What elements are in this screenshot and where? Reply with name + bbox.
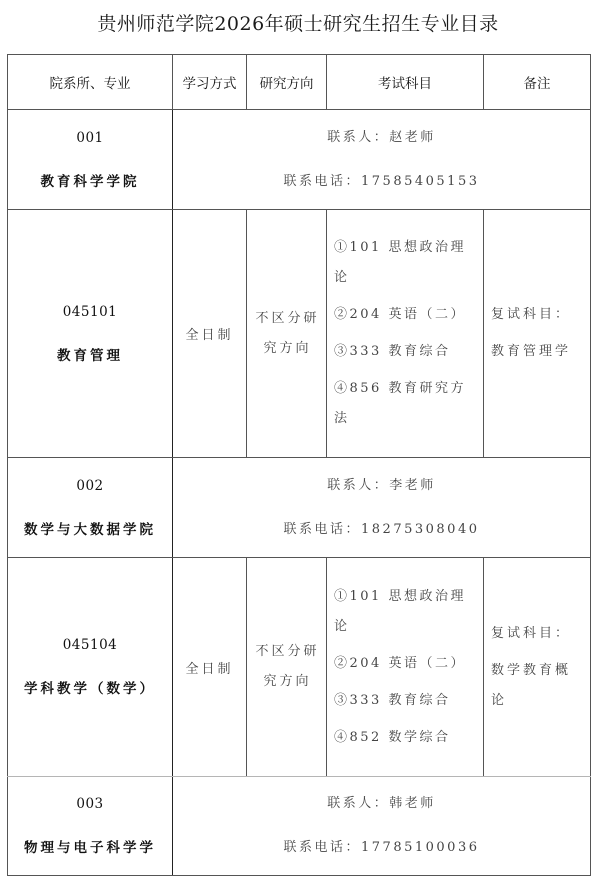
note-cell: 复试科目： 教育管理学 (484, 210, 591, 458)
table-row-department: 001 教育科学学院 联系人：赵老师 联系电话：17585405153 (8, 110, 591, 210)
research-direction: 不区分研究方向 (247, 558, 327, 777)
contact-person: 联系人：赵老师 (173, 128, 590, 148)
major-code: 045101 (8, 302, 172, 322)
header-note: 备注 (484, 55, 591, 110)
major-cell: 045104 学科教学（数学） (8, 558, 173, 777)
major-name: 教育管理 (8, 346, 172, 366)
contact-person: 联系人：韩老师 (173, 794, 590, 814)
note-cell: 复试科目： 数学教育概论 (484, 558, 591, 777)
department-code: 003 (8, 794, 172, 814)
department-name: 教育科学学院 (8, 172, 172, 192)
header-exam: 考试科目 (327, 55, 484, 110)
major-cell: 045101 教育管理 (8, 210, 173, 458)
exam-item: ③333 教育综合 (334, 686, 477, 716)
exam-item: ④856 教育研究方法 (334, 374, 477, 434)
exam-item: ①101 思想政治理论 (334, 582, 477, 642)
note-value: 教育管理学 (491, 337, 586, 367)
table-row-department: 003 物理与电子科学学 联系人：韩老师 联系电话：17785100036 (8, 777, 591, 876)
header-direction: 研究方向 (247, 55, 327, 110)
contact-cell: 联系人：李老师 联系电话：18275308040 (173, 458, 591, 558)
note-label: 复试科目： (491, 300, 586, 330)
department-code: 002 (8, 476, 172, 496)
department-cell: 001 教育科学学院 (8, 110, 173, 210)
exam-item: ②204 英语（二） (334, 649, 477, 679)
note-label: 复试科目： (491, 619, 586, 649)
table-row-department: 002 数学与大数据学院 联系人：李老师 联系电话：18275308040 (8, 458, 591, 558)
department-cell: 003 物理与电子科学学 (8, 777, 173, 876)
contact-phone: 联系电话：18275308040 (173, 520, 590, 540)
major-code: 045104 (8, 635, 172, 655)
exam-item: ①101 思想政治理论 (334, 233, 477, 293)
exam-subjects: ①101 思想政治理论 ②204 英语（二） ③333 教育综合 ④856 教育… (327, 210, 484, 458)
header-mode: 学习方式 (173, 55, 247, 110)
page-title: 贵州师范学院2026年硕士研究生招生专业目录 (0, 10, 596, 38)
note-value: 数学教育概论 (491, 656, 586, 716)
exam-subjects: ①101 思想政治理论 ②204 英语（二） ③333 教育综合 ④852 数学… (327, 558, 484, 777)
contact-cell: 联系人：韩老师 联系电话：17785100036 (173, 777, 591, 876)
table-row-major: 045101 教育管理 全日制 不区分研究方向 ①101 思想政治理论 ②204… (8, 210, 591, 458)
table-row-major: 045104 学科教学（数学） 全日制 不区分研究方向 ①101 思想政治理论 … (8, 558, 591, 777)
exam-item: ③333 教育综合 (334, 337, 477, 367)
contact-person: 联系人：李老师 (173, 476, 590, 496)
department-name: 物理与电子科学学 (8, 838, 172, 858)
department-cell: 002 数学与大数据学院 (8, 458, 173, 558)
study-mode: 全日制 (173, 558, 247, 777)
research-direction: 不区分研究方向 (247, 210, 327, 458)
exam-item: ②204 英语（二） (334, 300, 477, 330)
study-mode: 全日制 (173, 210, 247, 458)
header-dept: 院系所、专业 (8, 55, 173, 110)
major-name: 学科教学（数学） (8, 679, 172, 699)
contact-phone: 联系电话：17785100036 (173, 838, 590, 858)
program-catalog-table: 院系所、专业 学习方式 研究方向 考试科目 备注 001 教育科学学院 联系人：… (7, 54, 591, 876)
department-name: 数学与大数据学院 (8, 520, 172, 540)
department-code: 001 (8, 128, 172, 148)
contact-cell: 联系人：赵老师 联系电话：17585405153 (173, 110, 591, 210)
contact-phone: 联系电话：17585405153 (173, 172, 590, 192)
exam-item: ④852 数学综合 (334, 723, 477, 753)
table-header-row: 院系所、专业 学习方式 研究方向 考试科目 备注 (8, 55, 591, 110)
